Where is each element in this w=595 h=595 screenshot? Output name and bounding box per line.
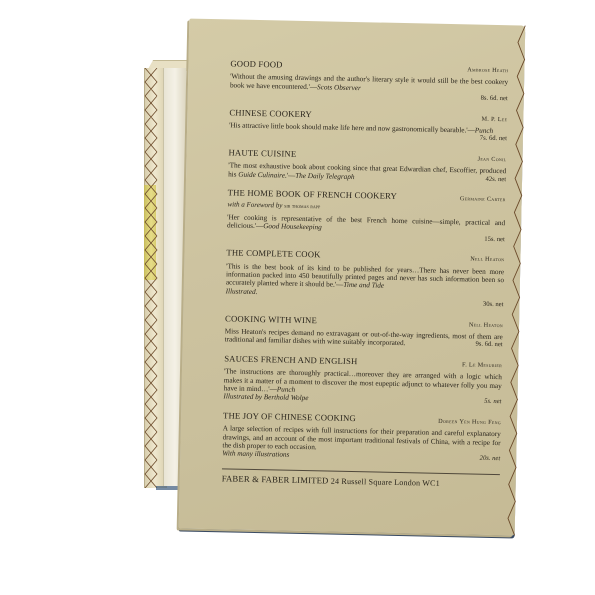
- book-entry: CHINESE COOKERY M. P. Lee 'His attractiv…: [229, 108, 508, 144]
- book-entry: THE JOY OF CHINESE COOKING Doreen Yen Hu…: [222, 411, 501, 464]
- review-text: 'Without the amusing drawings and the au…: [230, 73, 508, 91]
- book-author: Doreen Yen Hung Feng: [438, 418, 501, 428]
- book-title: THE COMPLETE COOK: [226, 248, 320, 258]
- book-entry: THE HOME BOOK OF FRENCH COOKERY Germaine…: [227, 188, 506, 244]
- book-author: Germaine Carter: [460, 195, 506, 204]
- book-author: Jean Conil: [478, 155, 507, 164]
- review-source: Scots Observer: [317, 83, 361, 92]
- book-entry: GOOD FOOD Ambrose Heath 'Without the amu…: [230, 59, 509, 103]
- publisher-address: 24 Russell Square London WC1: [331, 476, 440, 487]
- note-text: With many illustrations: [222, 450, 289, 459]
- book-author: F. Le Mesurier: [462, 361, 502, 370]
- note-text: Illustrated by Berthold Wolpe: [223, 393, 308, 403]
- review-source: Punch: [475, 127, 494, 135]
- book-review: 'The most exhaustive book about cooking …: [228, 162, 506, 185]
- book-title: CHINESE COOKERY: [229, 108, 312, 118]
- book-title: COOKING WITH WINE: [225, 314, 317, 324]
- review-text-end: .'—: [285, 171, 295, 179]
- spine-lattice-pattern-icon: [144, 68, 158, 488]
- back-cover: GOOD FOOD Ambrose Heath 'Without the amu…: [179, 19, 526, 536]
- book-entry: THE COMPLETE COOK Nell Heaton 'This is t…: [225, 248, 504, 309]
- cover-text: GOOD FOOD Ambrose Heath 'Without the amu…: [222, 59, 509, 489]
- foreword-prefix: with a Foreword by: [227, 201, 282, 210]
- book-title: GOOD FOOD: [230, 59, 282, 68]
- book-photo: GOOD FOOD Ambrose Heath 'Without the amu…: [0, 0, 595, 595]
- book-entry: COOKING WITH WINE Nell Heaton Miss Heato…: [225, 314, 504, 350]
- review-text: A large selection of recipes with full i…: [222, 425, 500, 452]
- book-author: Nell Heaton: [469, 321, 503, 330]
- review-source: Punch: [277, 385, 296, 393]
- review-source: Good Housekeeping: [263, 222, 322, 231]
- foreword-name: sir thomas rapp: [284, 204, 320, 211]
- book-title: SAUCES FRENCH AND ENGLISH: [224, 354, 357, 365]
- review-source: The Daily Telegraph: [295, 171, 354, 180]
- review-text: 'The instructions are thoroughly practic…: [224, 367, 502, 393]
- publisher-name: FABER & FABER LIMITED: [222, 473, 329, 485]
- book-review: Miss Heaton's recipes demand no extravag…: [225, 327, 503, 350]
- review-source: Time and Tide: [343, 281, 384, 290]
- publisher-line: FABER & FABER LIMITED 24 Russell Square …: [222, 474, 500, 489]
- book-author: M. P. Lee: [481, 115, 507, 124]
- review-italic: Guide Culinaire: [238, 170, 285, 179]
- book-title: THE JOY OF CHINESE COOKING: [223, 411, 356, 422]
- book-entry: HAUTE CUISINE Jean Conil 'The most exhau…: [228, 148, 507, 184]
- book-author: Ambrose Heath: [467, 66, 508, 75]
- book-title: HAUTE CUISINE: [228, 148, 296, 158]
- review-text: Miss Heaton's recipes demand no extravag…: [225, 327, 503, 347]
- book-price: 5s. net: [484, 398, 501, 407]
- cover-edge-zigzag-icon: [506, 25, 527, 535]
- book-price: 20s. net: [480, 455, 501, 464]
- book-price: 42s. net: [485, 175, 506, 184]
- book-author: Nell Heaton: [470, 256, 504, 265]
- book-entry: SAUCES FRENCH AND ENGLISH F. Le Mesurier…: [223, 354, 502, 407]
- book-title: THE HOME BOOK OF FRENCH COOKERY: [228, 188, 397, 200]
- book-price: 9s. 6d. net: [475, 341, 502, 350]
